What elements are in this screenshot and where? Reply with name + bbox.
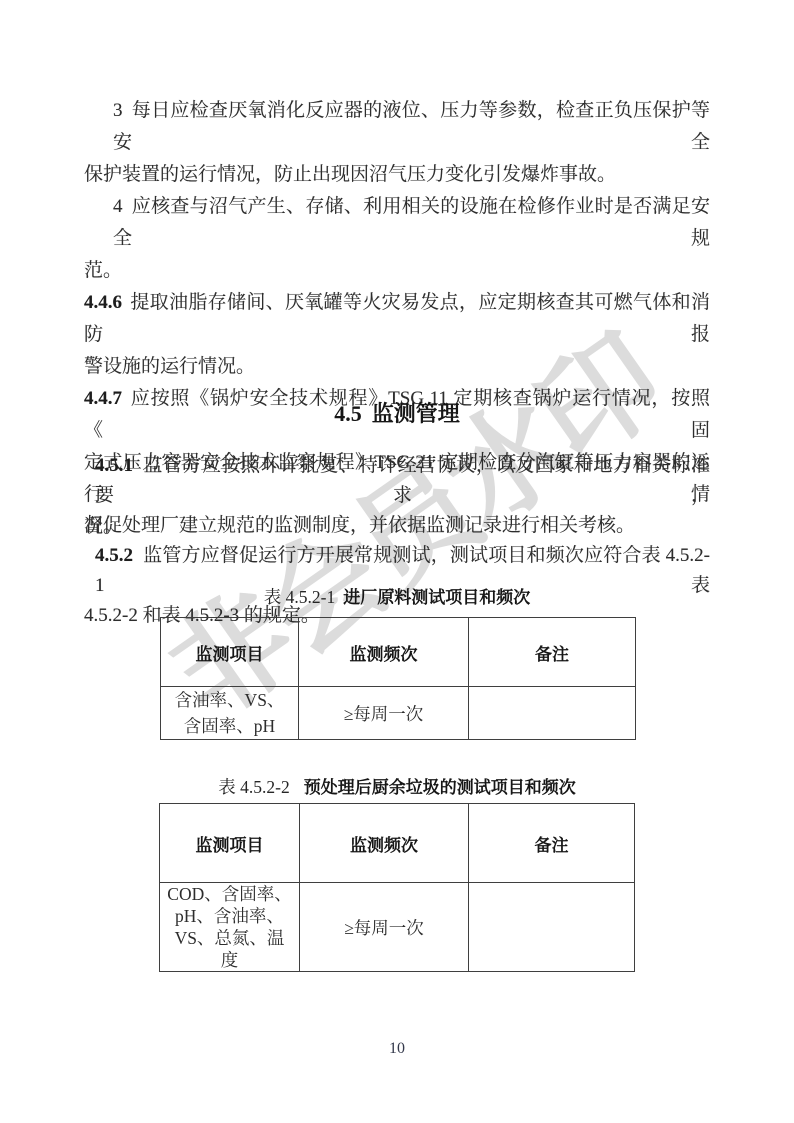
column-header: 备注 (469, 618, 636, 687)
table-cell-items: 含油率、VS、含固率、pH (161, 687, 299, 740)
paragraph-text: 督促处理厂建立规范的监测制度，并依据监测记录进行相关考核。 (84, 515, 635, 536)
paragraph-text: 保护装置的运行情况，防止出现因沼气压力变化引发爆炸事故。 (84, 164, 616, 185)
clause-number: 4.5.2 (95, 545, 133, 566)
column-header: 监测项目 (161, 618, 299, 687)
table-caption-number: 表 4.5.2-2 (218, 777, 289, 797)
text-line: 3每日应检查厌氧消化反应器的液位、压力等参数，检查正负压保护等安全 (84, 95, 710, 159)
table-caption: 表 4.5.2-2预处理后厨余垃圾的测试项目和频次 (0, 776, 794, 800)
monitoring-table-pretreated-waste: 监测项目 监测频次 备注 COD、含固率、pH、含油率、VS、总氮、温度 ≥每周… (159, 803, 635, 972)
column-header: 监测频次 (299, 618, 469, 687)
paragraph-text: 监管方应按照环评批复、特许经营协议，以及国家和地方相关标准要求， (95, 455, 710, 506)
paragraph-text: 提取油脂存储间、厌氧罐等火灾易发点，应定期核查其可燃气体和消防报 (84, 292, 710, 345)
table-row: 含油率、VS、含固率、pH ≥每周一次 (161, 687, 636, 740)
text-line: 警设施的运行情况。 (84, 351, 710, 383)
clause-number: 4.5.1 (95, 455, 133, 476)
table-cell-remark (469, 687, 636, 740)
table-cell-items: COD、含固率、pH、含油率、VS、总氮、温度 (160, 883, 300, 972)
column-header: 监测项目 (160, 804, 300, 883)
section-heading: 4.5监测管理 (0, 398, 794, 433)
table-cell-frequency: ≥每周一次 (300, 883, 469, 972)
paragraph-number: 3 (113, 100, 123, 121)
table-header-row: 监测项目 监测频次 备注 (161, 618, 636, 687)
monitoring-table-raw-material: 监测项目 监测频次 备注 含油率、VS、含固率、pH ≥每周一次 (160, 617, 636, 740)
text-line: 4.4.6提取油脂存储间、厌氧罐等火灾易发点，应定期核查其可燃气体和消防报 (84, 287, 710, 351)
table-caption-title: 进厂原料测试项目和频次 (343, 588, 530, 607)
text-line: 范。 (84, 255, 710, 287)
paragraph-text: 每日应检查厌氧消化反应器的液位、压力等参数，检查正负压保护等安全 (113, 100, 710, 153)
column-header: 备注 (469, 804, 635, 883)
table-caption-title: 预处理后厨余垃圾的测试项目和频次 (304, 778, 576, 797)
table-caption: 表 4.5.2-1进厂原料测试项目和频次 (0, 586, 794, 610)
clause-number: 4.4.6 (84, 292, 122, 313)
paragraph-text: 警设施的运行情况。 (84, 356, 255, 377)
table-caption-number: 表 4.5.2-1 (264, 587, 335, 607)
table-row: COD、含固率、pH、含油率、VS、总氮、温度 ≥每周一次 (160, 883, 635, 972)
text-line: 督促处理厂建立规范的监测制度，并依据监测记录进行相关考核。 (84, 511, 710, 541)
text-line: 4应核查与沼气产生、存储、利用相关的设施在检修作业时是否满足安全规 (84, 191, 710, 255)
text-line: 4.5.1监管方应按照环评批复、特许经营协议，以及国家和地方相关标准要求， (84, 451, 710, 511)
table-cell-frequency: ≥每周一次 (299, 687, 469, 740)
table-cell-remark (469, 883, 635, 972)
document-page: 非会员水印 3每日应检查厌氧消化反应器的液位、压力等参数，检查正负压保护等安全 … (0, 0, 794, 1123)
text-line: 保护装置的运行情况，防止出现因沼气压力变化引发爆炸事故。 (84, 159, 710, 191)
section-number: 4.5 (334, 401, 362, 426)
section-title: 监测管理 (372, 401, 460, 426)
page-number: 10 (0, 1040, 794, 1058)
column-header: 监测频次 (300, 804, 469, 883)
paragraph-number: 4 (113, 196, 123, 217)
table-header-row: 监测项目 监测频次 备注 (160, 804, 635, 883)
paragraph-text: 应核查与沼气产生、存储、利用相关的设施在检修作业时是否满足安全规 (113, 196, 710, 249)
paragraph-text: 范。 (84, 260, 122, 281)
